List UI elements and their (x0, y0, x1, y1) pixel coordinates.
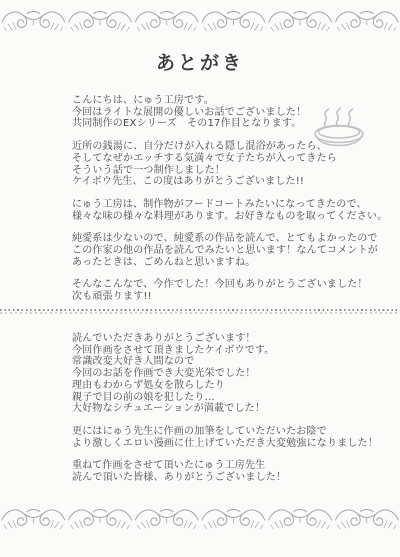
text-line: 読んでいただきありがとうございます！ (72, 333, 372, 345)
text-line: この作家の他の作品を読んでみたいと思います！なんてコメントが (72, 245, 372, 257)
text-line: 今回のお話を作画でき大変光栄でした！ (72, 368, 372, 380)
lace-ornament-border-top (0, 7, 400, 37)
dotted-line (0, 309, 400, 311)
text-line: そんなこんなで、今作でした！今回もありがとうございました！ (72, 279, 372, 291)
text-line: 大好物なシチュエーションが満載でした！ (72, 403, 372, 415)
paragraph: 更にはにゅう先生に作画の加筆をしていただいたお陰でより激しくエロい漫画に仕上げて… (72, 426, 372, 449)
dotted-line-faint (0, 312, 400, 314)
text-line: 常識改変大好き人間なので (72, 356, 372, 368)
text-line: 共同制作のEXシリーズ その17作目となります。 (72, 118, 372, 130)
text-line: 理由もわからず処女を散らしたり (72, 380, 372, 392)
text-line: 純愛系は少ないので、純愛系の作品を読んで、とてもよかったので (72, 233, 372, 245)
text-line: 重ねて作画をさせて頂いたにゅう工房先生 (72, 460, 372, 472)
paragraph: にゅう工房は、制作物がフードコートみたいになってきたので、様々な味の様々な料理が… (72, 199, 372, 222)
text-line: 今回はライトな展開の優しいお話でございました！ (72, 107, 372, 119)
paragraph: 重ねて作画をさせて頂いたにゅう工房先生読んで頂いた皆様、ありがとうございました！ (72, 460, 372, 483)
page-title: あとがき (0, 48, 400, 75)
paragraph: 近所の銭湯に、自分だけが入れる隠し混浴があったら、そしてなぜかエッチする気満々で… (72, 141, 372, 188)
text-line: 様々な味の様々な料理があります。お好きなものを取ってください。 (72, 211, 372, 223)
paragraph: そんなこんなで、今作でした！今回もありがとうございました！次も頑張ります!! (72, 279, 372, 302)
text-line: 今回作画をさせて頂きましたケイボウです。 (72, 345, 372, 357)
paragraph: 純愛系は少ないので、純愛系の作品を読んで、とてもよかったのでこの作家の他の作品を… (72, 233, 372, 268)
text-line: そういう話で一つ制作しました！ (72, 165, 372, 177)
text-line: にゅう工房は、制作物がフードコートみたいになってきたので、 (72, 199, 372, 211)
text-line: より激しくエロい漫画に仕上げていただき大変勉強になりました！ (72, 438, 372, 450)
paragraph: こんにちは、にゅう工房です。今回はライトな展開の優しいお話でございました！共同制… (72, 95, 372, 130)
text-line: ケイボウ先生、この度はありがとうございました!! (72, 176, 372, 188)
text-line: そしてなぜかエッチする気満々で女子たちが入ってきたら (72, 153, 372, 165)
text-line: 読んで頂いた皆様、ありがとうございました！ (72, 472, 372, 484)
afterword-page: あとがき こんにちは、にゅう工房です。今回はライトな展開の優しいお話でございまし… (0, 0, 400, 557)
dotted-separator (0, 309, 400, 314)
lace-ornament-border-bottom (0, 505, 400, 535)
text-line: 親子で目の前の娘を犯したり… (72, 392, 372, 404)
text-line: あったときは、ごめんねと思いますね。 (72, 257, 372, 269)
paragraph: 読んでいただきありがとうございます！今回作画をさせて頂きましたケイボウです。常識… (72, 333, 372, 415)
text-line: 近所の銭湯に、自分だけが入れる隠し混浴があったら、 (72, 141, 372, 153)
text-line: こんにちは、にゅう工房です。 (72, 95, 372, 107)
afterword-top-text: こんにちは、にゅう工房です。今回はライトな展開の優しいお話でございました！共同制… (72, 95, 372, 303)
text-line: 次も頑張ります!! (72, 291, 372, 303)
text-line: 更にはにゅう先生に作画の加筆をしていただいたお陰で (72, 426, 372, 438)
afterword-bottom-text: 読んでいただきありがとうございます！今回作画をさせて頂きましたケイボウです。常識… (72, 333, 372, 484)
